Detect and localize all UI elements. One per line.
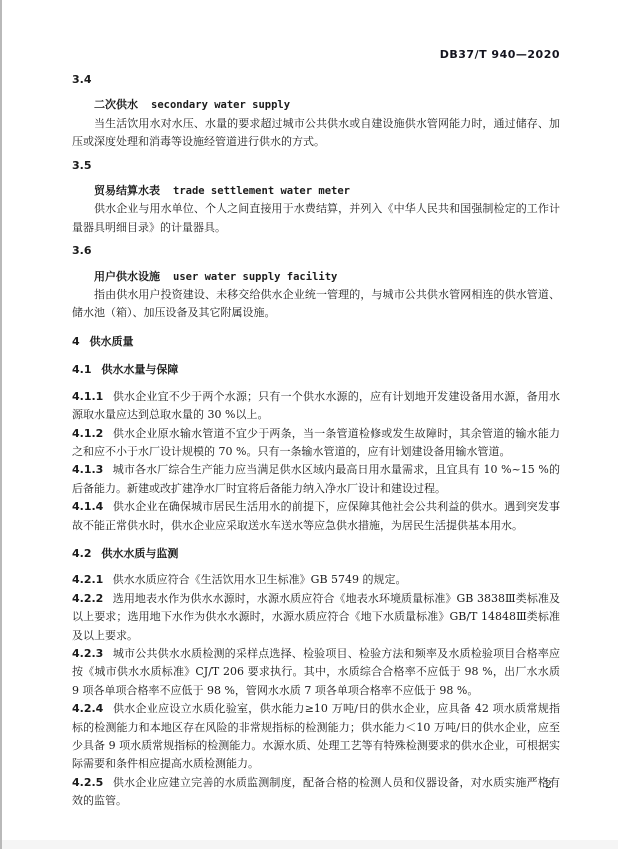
term-definition-3-5: 供水企业与用水单位、个人之间直接用于水费结算，并列入《中华人民共和国强制检定的工…: [72, 200, 560, 237]
clause-text: 城市各水厂综合生产能力应当满足供水区域内最高日用水量需求，且宜具有 10 %~1…: [72, 463, 560, 494]
clause-text: 选用地表水作为供水水源时，水源水质应符合《地表水环境质量标准》GB 3838Ⅲ类…: [72, 592, 560, 642]
page-number: 2: [545, 778, 552, 791]
section-heading-4-1: 4.1供水水量与保障: [72, 361, 560, 379]
section-number-4-1: 4.1: [72, 363, 92, 376]
clause-4-1-4: 4.1.4供水企业在确保城市居民生活用水的前提下，应保障其他社会公共利益的供水。…: [72, 498, 560, 535]
term-number-3-4: 3.4: [72, 71, 560, 89]
term-zh-3-5: 贸易结算水表: [94, 184, 160, 197]
clause-4-2-5: 4.2.5供水企业应建立完善的水质监测制度，配备合格的检测人员和仪器设备，对水质…: [72, 774, 560, 811]
clause-number: 4.2.4: [72, 702, 103, 715]
clause-4-1-2: 4.1.2供水企业原水输水管道不宜少于两条，当一条管道检修或发生故障时，其余管道…: [72, 425, 560, 462]
term-definition-3-6: 指由供水用户投资建设、未移交给供水企业统一管理的，与城市公共供水管网相连的供水管…: [72, 286, 560, 323]
clause-number: 4.1.3: [72, 463, 103, 476]
clause-number: 4.1.2: [72, 427, 103, 440]
term-title-3-5: 贸易结算水表trade settlement water meter: [72, 182, 560, 200]
term-en-3-5: trade settlement water meter: [173, 185, 350, 197]
clause-text: 供水企业应建立完善的水质监测制度，配备合格的检测人员和仪器设备，对水质实施严格有…: [72, 776, 560, 807]
term-zh-3-6: 用户供水设施: [94, 270, 160, 283]
clause-number: 4.2.3: [72, 647, 103, 660]
clause-number: 4.2.1: [72, 573, 103, 586]
term-title-3-4: 二次供水secondary water supply: [72, 96, 560, 114]
clause-4-2-4: 4.2.4供水企业应设立水质化验室，供水能力≥10 万吨/日的供水企业，应具备 …: [72, 700, 560, 774]
clause-4-2-1: 4.2.1供水水质应符合《生活饮用水卫生标准》GB 5749 的规定。: [72, 571, 560, 589]
section-heading-4-2: 4.2供水水质与监测: [72, 545, 560, 563]
page-bottom-edge: [2, 840, 618, 849]
clause-4-2-2: 4.2.2选用地表水作为供水水源时，水源水质应符合《地表水环境质量标准》GB 3…: [72, 590, 560, 645]
term-number-3-5: 3.5: [72, 157, 560, 175]
clause-text: 供水企业宜不少于两个水源；只有一个供水水源的，应有计划地开发建设备用水源，备用水…: [72, 390, 560, 421]
clause-text: 供水企业在确保城市居民生活用水的前提下，应保障其他社会公共利益的供水。遇到突发事…: [72, 500, 560, 531]
chapter-heading-4: 4供水质量: [72, 333, 560, 351]
clause-number: 4.2.2: [72, 592, 103, 605]
chapter-number: 4: [72, 335, 80, 348]
doc-code: DB37/T 940—2020: [440, 48, 560, 61]
chapter-title: 供水质量: [90, 335, 134, 348]
document-header: DB37/T 940—2020: [72, 48, 560, 62]
section-title-4-1: 供水水量与保障: [101, 363, 178, 376]
term-zh-3-4: 二次供水: [94, 98, 138, 111]
section-title-4-2: 供水水质与监测: [101, 547, 178, 560]
term-number-3-6: 3.6: [72, 242, 560, 260]
clause-4-1-3: 4.1.3城市各水厂综合生产能力应当满足供水区域内最高日用水量需求，且宜具有 1…: [72, 461, 560, 498]
clause-text: 供水企业应设立水质化验室，供水能力≥10 万吨/日的供水企业，应具备 42 项水…: [72, 702, 560, 770]
document-body: 3.4 二次供水secondary water supply 当生活饮用水对水压…: [72, 71, 560, 811]
term-en-3-4: secondary water supply: [151, 99, 290, 111]
clause-4-2-3: 4.2.3城市公共供水水质检测的采样点选择、检验项目、检验方法和频率及水质检验项…: [72, 645, 560, 700]
clause-text: 供水水质应符合《生活饮用水卫生标准》GB 5749 的规定。: [113, 573, 407, 586]
term-definition-3-4: 当生活饮用水对水压、水量的要求超过城市公共供水或自建设施供水管网能力时，通过储存…: [72, 115, 560, 152]
page-footer: 2: [545, 778, 552, 791]
clause-number: 4.1.4: [72, 500, 103, 513]
clause-text: 供水企业原水输水管道不宜少于两条，当一条管道检修或发生故障时，其余管道的输水能力…: [72, 427, 560, 458]
section-number-4-2: 4.2: [72, 547, 92, 560]
clause-number: 4.2.5: [72, 776, 103, 789]
clause-number: 4.1.1: [72, 390, 103, 403]
term-en-3-6: user water supply facility: [173, 271, 337, 283]
term-title-3-6: 用户供水设施user water supply facility: [72, 268, 560, 286]
document-page: DB37/T 940—2020 3.4 二次供水secondary water …: [0, 0, 618, 849]
clause-text: 城市公共供水水质检测的采样点选择、检验项目、检验方法和频率及水质检验项目合格率应…: [72, 647, 560, 697]
clause-4-1-1: 4.1.1供水企业宜不少于两个水源；只有一个供水水源的，应有计划地开发建设备用水…: [72, 388, 560, 425]
